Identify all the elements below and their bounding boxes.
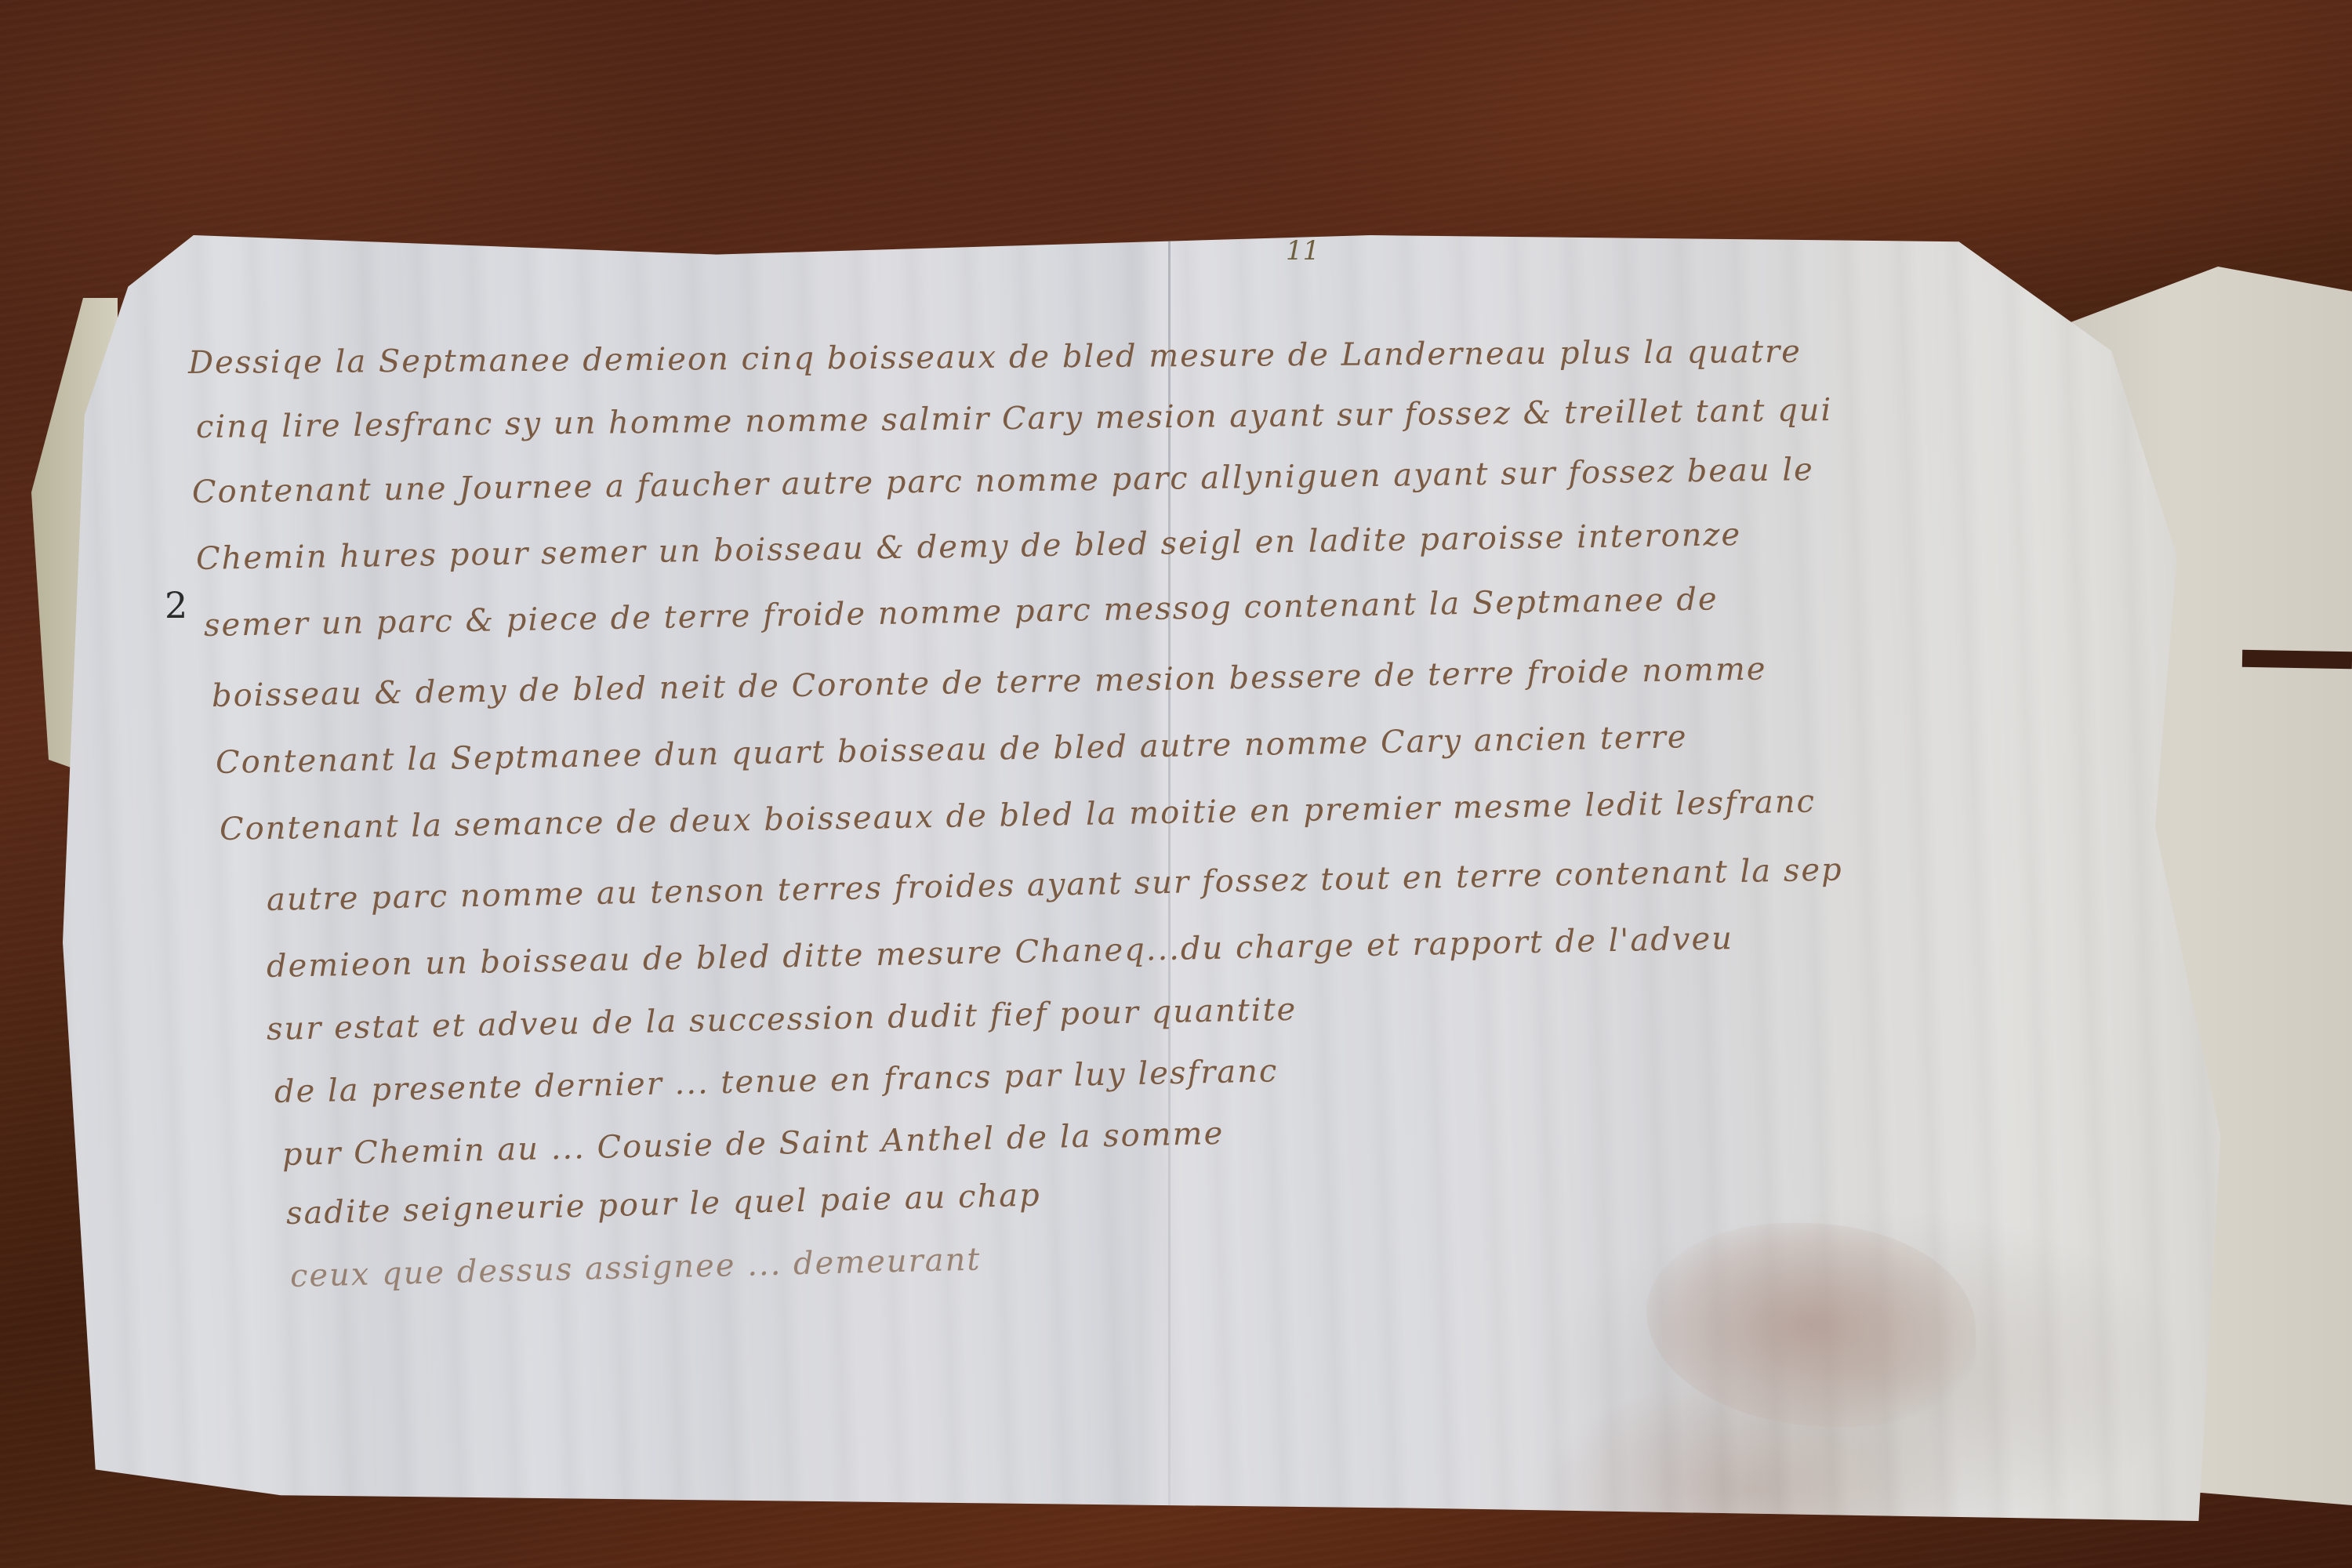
water-stain [1646,1223,1976,1427]
margin-number: 2 [165,584,187,626]
page-number: 11 [1286,235,1319,267]
parchment-slit [2242,650,2352,669]
